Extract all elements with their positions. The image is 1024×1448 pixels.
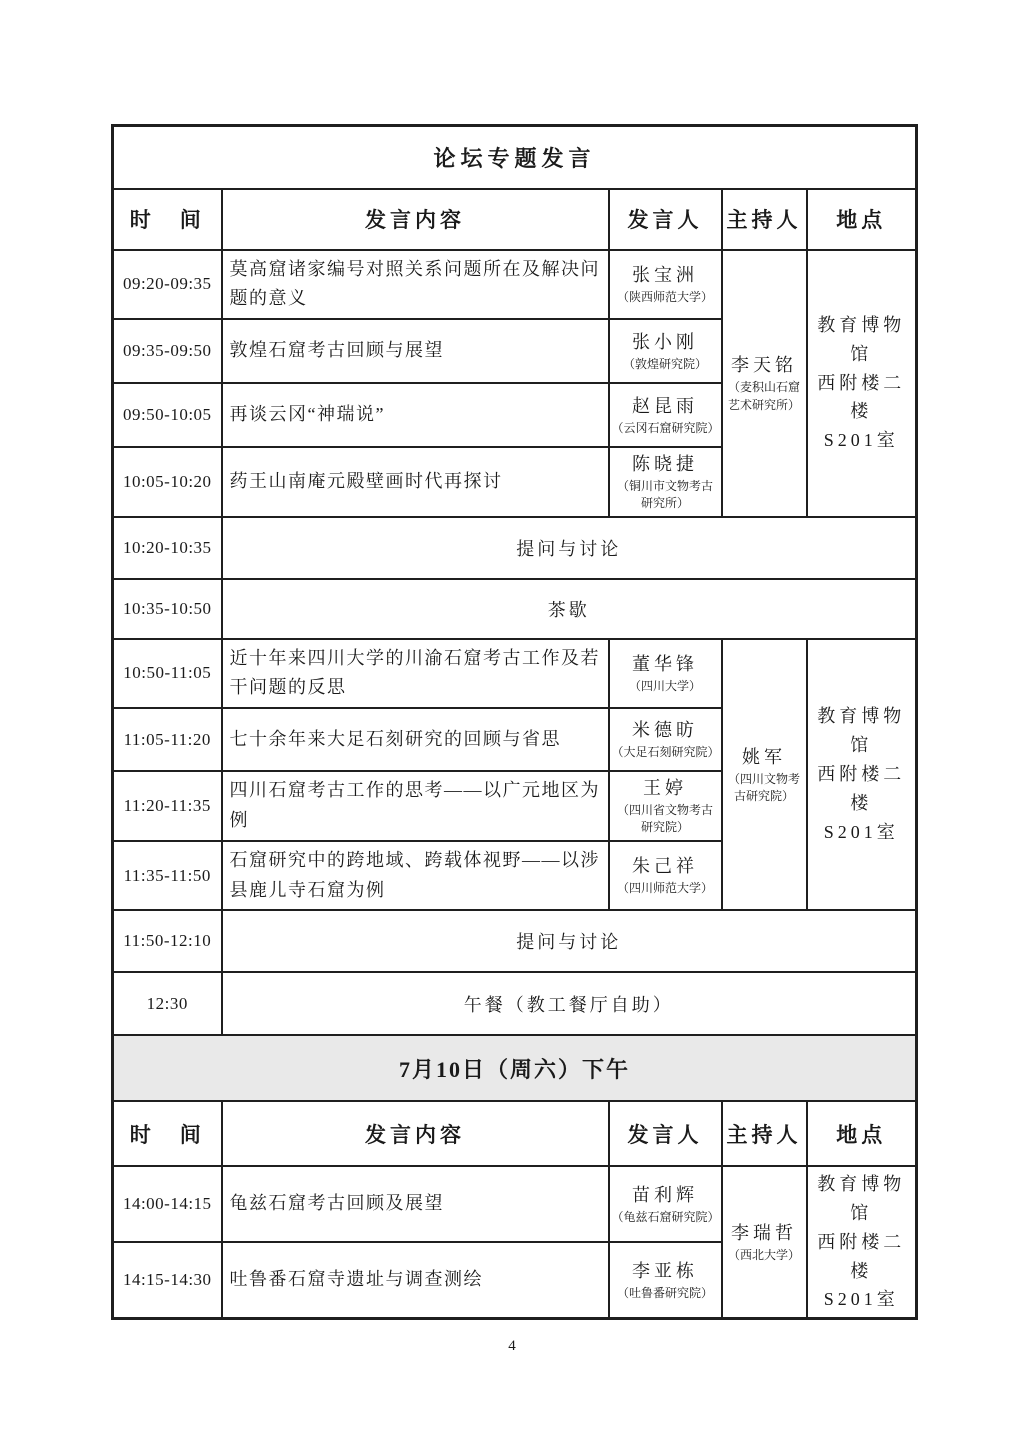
speaker-cell: 王婷 （四川省文物考古研究院）	[609, 771, 722, 841]
content-cell: 吐鲁番石窟寺遗址与调查测绘	[222, 1242, 609, 1318]
time-cell: 10:35-10:50	[113, 579, 222, 639]
location-cell: 教育博物馆 西附楼二楼 S201室	[807, 250, 917, 517]
host-affiliation: （麦积山石窟艺术研究所）	[725, 379, 804, 414]
location-line: 教育博物馆	[810, 702, 914, 760]
speaker-name: 张小刚	[612, 329, 719, 356]
speaker-affiliation: （四川省文物考古研究院）	[612, 802, 719, 837]
content-cell: 近十年来四川大学的川渝石窟考古工作及若干问题的反思	[222, 639, 609, 708]
speaker-cell: 张宝洲 （陕西师范大学）	[609, 250, 722, 319]
location-line: 西附楼二楼	[810, 369, 914, 427]
speaker-name: 赵昆雨	[612, 393, 719, 420]
speaker-affiliation: （大足石刻研究院）	[612, 744, 719, 761]
col-header-host: 主持人	[722, 189, 807, 250]
location-line: 教育博物馆	[810, 1170, 914, 1228]
host-name: 姚军	[725, 744, 804, 771]
speaker-name: 陈晓捷	[612, 451, 719, 478]
speaker-affiliation: （陕西师范大学）	[612, 289, 719, 306]
session-row: 10:50-11:05 近十年来四川大学的川渝石窟考古工作及若干问题的反思 董华…	[113, 639, 917, 708]
location-line: 教育博物馆	[810, 311, 914, 369]
session-row: 14:00-14:15 龟兹石窟考古回顾及展望 苗利辉 （龟兹石窟研究院） 李瑞…	[113, 1166, 917, 1242]
content-cell: 龟兹石窟考古回顾及展望	[222, 1166, 609, 1242]
host-affiliation: （西北大学）	[725, 1247, 804, 1264]
speaker-affiliation: （四川师范大学）	[612, 880, 719, 897]
break-cell: 午餐（教工餐厅自助）	[222, 972, 917, 1035]
speaker-cell: 朱己祥 （四川师范大学）	[609, 841, 722, 910]
col-header-content: 发言内容	[222, 1101, 609, 1166]
col-header-content: 发言内容	[222, 189, 609, 250]
location-line: 西附楼二楼	[810, 760, 914, 818]
time-cell: 10:50-11:05	[113, 639, 222, 708]
time-cell: 09:35-09:50	[113, 319, 222, 383]
content-cell: 莫高窟诸家编号对照关系问题所在及解决问题的意义	[222, 250, 609, 319]
speaker-cell: 苗利辉 （龟兹石窟研究院）	[609, 1166, 722, 1242]
col-header-location: 地点	[807, 1101, 917, 1166]
location-line: S201室	[810, 818, 914, 847]
section-band: 7月10日（周六）下午	[113, 1035, 917, 1101]
speaker-cell: 米德昉 （大足石刻研究院）	[609, 708, 722, 771]
location-line: S201室	[810, 426, 914, 455]
break-row: 11:50-12:10 提问与讨论	[113, 910, 917, 972]
time-cell: 10:20-10:35	[113, 517, 222, 579]
speaker-cell: 李亚栋 （吐鲁番研究院）	[609, 1242, 722, 1318]
col-header-time: 时 间	[113, 189, 222, 250]
speaker-affiliation: （四川大学）	[612, 678, 719, 695]
break-cell: 提问与讨论	[222, 910, 917, 972]
break-row: 10:20-10:35 提问与讨论	[113, 517, 917, 579]
time-cell: 12:30	[113, 972, 222, 1035]
time-cell: 11:20-11:35	[113, 771, 222, 841]
speaker-affiliation: （铜川市文物考古研究所）	[612, 478, 719, 513]
break-row: 12:30 午餐（教工餐厅自助）	[113, 972, 917, 1035]
col-header-speaker: 发言人	[609, 1101, 722, 1166]
break-cell: 提问与讨论	[222, 517, 917, 579]
location-line: S201室	[810, 1285, 914, 1314]
speaker-cell: 陈晓捷 （铜川市文物考古研究所）	[609, 447, 722, 517]
speaker-name: 王婷	[612, 775, 719, 802]
speaker-name: 李亚栋	[612, 1258, 719, 1285]
speaker-cell: 赵昆雨 （云冈石窟研究院）	[609, 383, 722, 447]
location-cell: 教育博物馆 西附楼二楼 S201室	[807, 1166, 917, 1318]
speaker-affiliation: （云冈石窟研究院）	[612, 420, 719, 437]
content-cell: 石窟研究中的跨地域、跨载体视野——以涉县鹿儿寺石窟为例	[222, 841, 609, 910]
section-header: 7月10日（周六）下午	[113, 1035, 917, 1101]
time-cell: 11:05-11:20	[113, 708, 222, 771]
page-number: 4	[0, 1338, 1024, 1355]
time-cell: 14:15-14:30	[113, 1242, 222, 1318]
speaker-affiliation: （龟兹石窟研究院）	[612, 1209, 719, 1226]
time-cell: 09:50-10:05	[113, 383, 222, 447]
host-name: 李瑞哲	[725, 1220, 804, 1247]
schedule-table: 论坛专题发言 时 间 发言内容 发言人 主持人 地点 09:20-09:35 莫…	[111, 124, 918, 1320]
col-header-time: 时 间	[113, 1101, 222, 1166]
speaker-affiliation: （吐鲁番研究院）	[612, 1285, 719, 1302]
table-title: 论坛专题发言	[113, 126, 917, 189]
host-cell: 李天铭 （麦积山石窟艺术研究所）	[722, 250, 807, 517]
speaker-cell: 张小刚 （敦煌研究院）	[609, 319, 722, 383]
session-row: 09:20-09:35 莫高窟诸家编号对照关系问题所在及解决问题的意义 张宝洲 …	[113, 250, 917, 319]
speaker-name: 董华锋	[612, 651, 719, 678]
time-cell: 11:50-12:10	[113, 910, 222, 972]
content-cell: 七十余年来大足石刻研究的回顾与省思	[222, 708, 609, 771]
speaker-name: 朱己祥	[612, 853, 719, 880]
time-cell: 10:05-10:20	[113, 447, 222, 517]
document-page: 论坛专题发言 时 间 发言内容 发言人 主持人 地点 09:20-09:35 莫…	[0, 0, 1024, 1448]
col-header-location: 地点	[807, 189, 917, 250]
content-cell: 敦煌石窟考古回顾与展望	[222, 319, 609, 383]
location-line: 西附楼二楼	[810, 1228, 914, 1286]
content-cell: 四川石窟考古工作的思考——以广元地区为例	[222, 771, 609, 841]
col-header-host: 主持人	[722, 1101, 807, 1166]
speaker-name: 米德昉	[612, 717, 719, 744]
host-cell: 姚军 （四川文物考古研究院）	[722, 639, 807, 911]
host-name: 李天铭	[725, 352, 804, 379]
speaker-affiliation: （敦煌研究院）	[612, 356, 719, 373]
speaker-cell: 董华锋 （四川大学）	[609, 639, 722, 708]
time-cell: 14:00-14:15	[113, 1166, 222, 1242]
host-cell: 李瑞哲 （西北大学）	[722, 1166, 807, 1318]
time-cell: 09:20-09:35	[113, 250, 222, 319]
speaker-name: 张宝洲	[612, 262, 719, 289]
location-cell: 教育博物馆 西附楼二楼 S201室	[807, 639, 917, 911]
content-cell: 再谈云冈“神瑞说”	[222, 383, 609, 447]
break-row: 10:35-10:50 茶歇	[113, 579, 917, 639]
content-cell: 药王山南庵元殿壁画时代再探讨	[222, 447, 609, 517]
time-cell: 11:35-11:50	[113, 841, 222, 910]
col-header-speaker: 发言人	[609, 189, 722, 250]
break-cell: 茶歇	[222, 579, 917, 639]
speaker-name: 苗利辉	[612, 1182, 719, 1209]
host-affiliation: （四川文物考古研究院）	[725, 771, 804, 806]
